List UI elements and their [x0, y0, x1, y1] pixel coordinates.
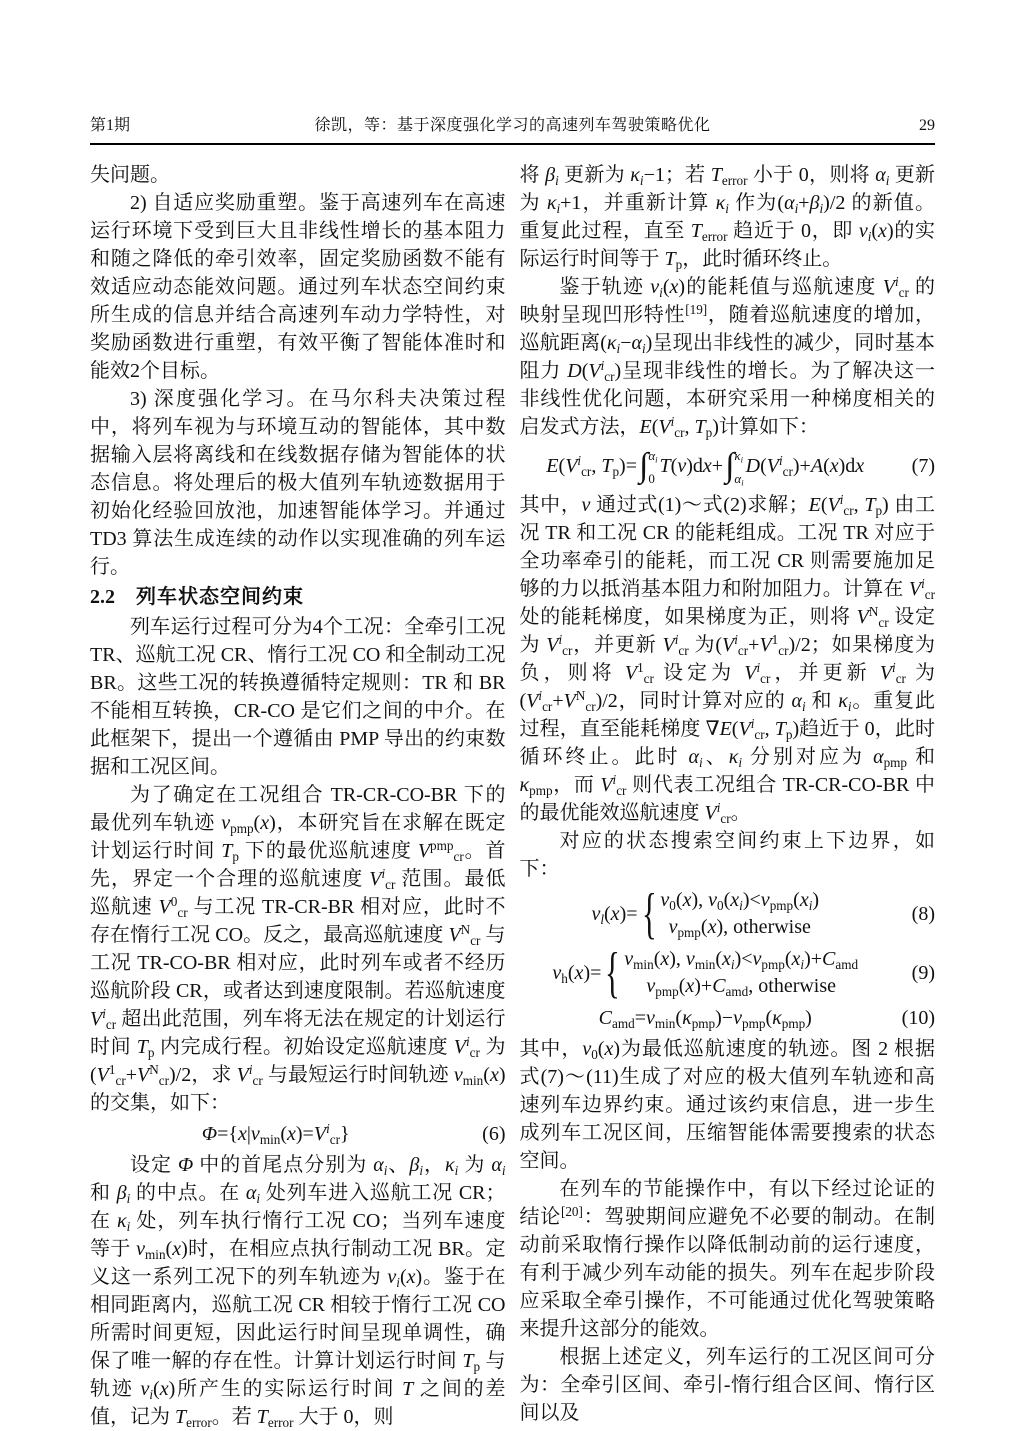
equation-9: vh(x)= { vmin(x), vmin(xi)<vpmp(xi)+Camd… — [520, 945, 936, 1001]
paper-page: 第1期 徐凯，等：基于深度强化学习的高速列车驾驶策略优化 29 失问题。 2) … — [0, 0, 1020, 1431]
equation-7: E(Vicr, Tp)= ∫ αi 0 T(v)dx+ ∫ κi αi — [520, 447, 936, 485]
equation-lhs: E(Vicr, Tp)= — [546, 452, 637, 480]
paragraph: 将 βi 更新为 κi−1；若 Terror 小于 0，则将 αi 更新为 κi… — [520, 161, 936, 273]
equation-10: Camd=vmin(κpmp)−vpmp(κpmp) (10) — [520, 1004, 936, 1032]
paragraph: 鉴于轨迹 vi(x)的能耗值与巡航速度 Vicr 的映射呈现凹形特性[19]，随… — [520, 273, 936, 441]
brace-icon: { — [605, 945, 620, 1001]
paragraph: 失问题。 — [90, 161, 506, 189]
paragraph: 2) 自适应奖励重塑。鉴于高速列车在高速运行环境下受到巨大且非线性增长的基本阻力… — [90, 189, 506, 385]
equation-body: vh(x)= { vmin(x), vmin(xi)<vpmp(xi)+Camd… — [520, 945, 892, 1001]
case-line: vmin(x), vmin(xi)<vpmp(xi)+Camd — [624, 946, 858, 973]
case-line: v0(x), v0(xi)<vpmp(xi) — [660, 887, 819, 914]
two-column-body: 失问题。 2) 自适应奖励重塑。鉴于高速列车在高速运行环境下受到巨大且非线性增长… — [90, 161, 935, 1431]
running-title: 徐凯，等：基于深度强化学习的高速列车驾驶策略优化 — [210, 116, 815, 136]
equation-number: (7) — [891, 452, 935, 480]
upper-limit: αi — [648, 449, 657, 462]
piecewise-cases: v0(x), v0(xi)<vpmp(xi) vpmp(x), otherwis… — [660, 887, 819, 941]
equation-8: vl(x)= { v0(x), v0(xi)<vpmp(xi) vpmp(x),… — [520, 886, 936, 942]
left-column: 失问题。 2) 自适应奖励重塑。鉴于高速列车在高速运行环境下受到巨大且非线性增长… — [90, 161, 506, 1431]
paragraph: 根据上述定义，列车运行的工况区间可分为：全牵引区间、牵引-惰行组合区间、惰行区间… — [520, 1343, 936, 1427]
piecewise-cases: vmin(x), vmin(xi)<vpmp(xi)+Camd vpmp(x)+… — [624, 946, 858, 1000]
equation-term: D(Vicr)+A(x)dx — [746, 452, 865, 480]
header-rule — [90, 143, 935, 145]
integral-limits: αi 0 — [648, 447, 657, 485]
case-line: vpmp(x)+Camd, otherwise — [624, 973, 858, 1000]
paragraph: 在列车的节能操作中，有以下经过论证的结论[20]：驾驶期间应避免不必要的制动。在… — [520, 1175, 936, 1343]
lower-limit: 0 — [648, 472, 657, 485]
section-number: 2.2 — [90, 586, 115, 608]
paragraph: 为了确定在工况组合 TR-CR-CO-BR 下的最优列车轨迹 vpmp(x)，本… — [90, 781, 506, 1117]
equation-lhs: vh(x)= — [552, 959, 601, 987]
equation-number: (10) — [891, 1004, 935, 1032]
journal-issue: 第1期 — [90, 116, 210, 136]
equation-term: T(v)dx+ — [660, 452, 724, 480]
equation-lhs: vl(x)= — [591, 900, 637, 928]
integral-limits: κi αi — [734, 447, 743, 485]
equation-body: Camd=vmin(κpmp)−vpmp(κpmp) — [520, 1004, 892, 1032]
paragraph: 其中，v 通过式(1)～式(2)求解；E(Vicr, Tp) 由工况 TR 和工… — [520, 491, 936, 827]
equation-number: (9) — [891, 959, 935, 987]
paragraph: 3) 深度强化学习。在马尔科夫决策过程中，将列车视为与环境互动的智能体，其中数据… — [90, 385, 506, 581]
paragraph: 其中，v0(x)为最低巡航速度的轨迹。图 2 根据式(7)～(11)生成了对应的… — [520, 1035, 936, 1175]
lower-limit: αi — [734, 472, 743, 485]
paragraph: 设定 Φ 中的首尾点分别为 αi、βi，κi 为 αi 和 βi 的中点。在 α… — [90, 1151, 506, 1431]
brace-icon: { — [642, 886, 657, 942]
equation-6: Φ={x|vmin(x)=Vicr} (6) — [90, 1120, 506, 1148]
page-header: 第1期 徐凯，等：基于深度强化学习的高速列车驾驶策略优化 29 — [90, 116, 935, 136]
integral-term: ∫ αi 0 — [639, 447, 658, 485]
integral-icon: ∫ — [639, 449, 648, 483]
integral-icon: ∫ — [725, 449, 734, 483]
equation-body: Φ={x|vmin(x)=Vicr} — [90, 1120, 462, 1148]
upper-limit: κi — [734, 449, 743, 462]
case-line: vpmp(x), otherwise — [660, 914, 819, 941]
integral-term: ∫ κi αi — [725, 447, 744, 485]
page-number: 29 — [815, 116, 935, 136]
section-heading: 2.2 列车状态空间约束 — [90, 582, 506, 612]
right-column: 将 βi 更新为 κi−1；若 Terror 小于 0，则将 αi 更新为 κi… — [520, 161, 936, 1431]
equation-number: (8) — [891, 900, 935, 928]
equation-number: (6) — [462, 1120, 506, 1148]
paragraph: 列车运行过程可分为4个工况：全牵引工况 TR、巡航工况 CR、惰行工况 CO 和… — [90, 613, 506, 781]
section-title: 列车状态空间约束 — [136, 586, 304, 608]
equation-body: E(Vicr, Tp)= ∫ αi 0 T(v)dx+ ∫ κi αi — [520, 447, 892, 485]
paragraph: 对应的状态搜索空间约束上下边界，如下： — [520, 827, 936, 883]
equation-body: vl(x)= { v0(x), v0(xi)<vpmp(xi) vpmp(x),… — [520, 886, 892, 942]
